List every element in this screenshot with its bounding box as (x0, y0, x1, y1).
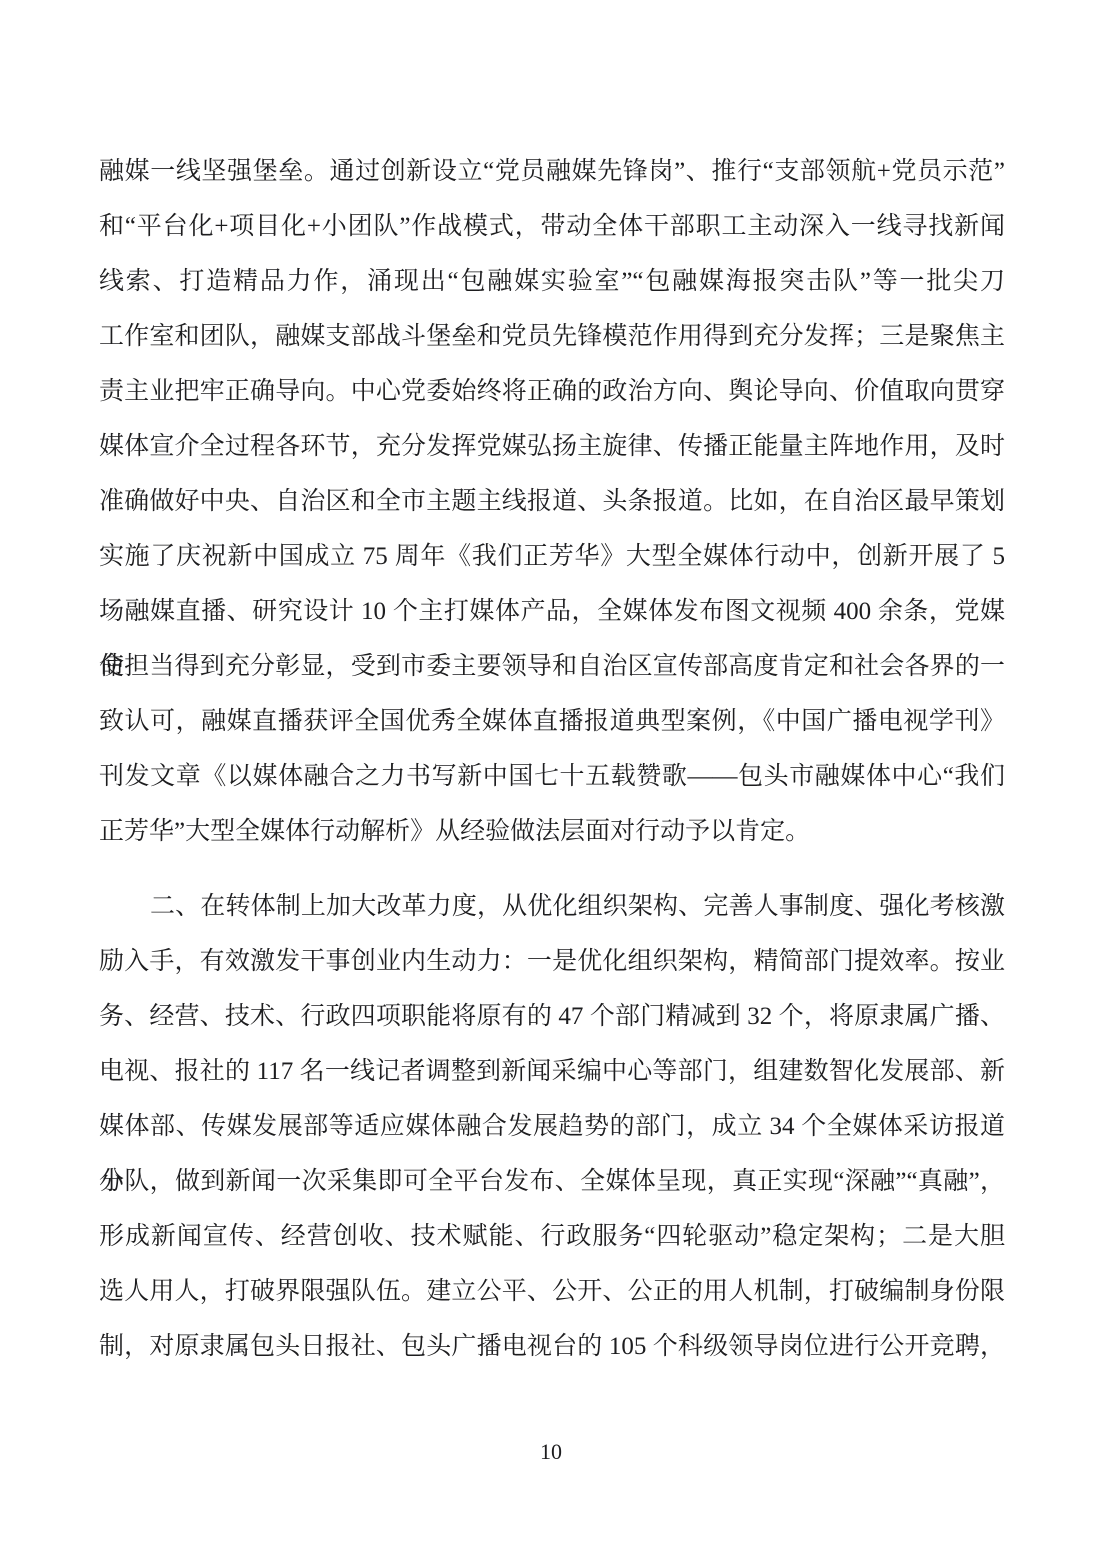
text-line: 正芳华”大型全媒体行动解析》从经验做法层面对行动予以肯定。 (99, 804, 1005, 859)
text-line: 准确做好中央、自治区和全市主题主线报道、头条报道。比如，在自治区最早策划 (99, 474, 1005, 529)
document-body: 融媒一线坚强堡垒。通过创新设立“党员融媒先锋岗”、推行“支部领航+党员示范” 和… (99, 144, 1005, 1374)
paragraph-1: 融媒一线坚强堡垒。通过创新设立“党员融媒先锋岗”、推行“支部领航+党员示范” 和… (99, 144, 1005, 859)
text-line: 融媒一线坚强堡垒。通过创新设立“党员融媒先锋岗”、推行“支部领航+党员示范” (99, 144, 1005, 199)
text-line: 命担当得到充分彰显，受到市委主要领导和自治区宣传部高度肯定和社会各界的一 (99, 639, 1005, 694)
text-line: 场融媒直播、研究设计 10 个主打媒体产品，全媒体发布图文视频 400 余条，党… (99, 584, 1005, 639)
text-line: 制，对原隶属包头日报社、包头广播电视台的 105 个科级领导岗位进行公开竞聘， (99, 1319, 1005, 1374)
text-line: 媒体宣介全过程各环节，充分发挥党媒弘扬主旋律、传播正能量主阵地作用，及时 (99, 419, 1005, 474)
text-line: 务、经营、技术、行政四项职能将原有的 47 个部门精减到 32 个，将原隶属广播… (99, 989, 1005, 1044)
text-line: 致认可，融媒直播获评全国优秀全媒体直播报道典型案例，《中国广播电视学刊》 (99, 694, 1005, 749)
text-line: 责主业把牢正确导向。中心党委始终将正确的政治方向、舆论导向、价值取向贯穿 (99, 364, 1005, 419)
text-line: 和“平台化+项目化+小团队”作战模式，带动全体干部职工主动深入一线寻找新闻 (99, 199, 1005, 254)
text-line: 媒体部、传媒发展部等适应媒体融合发展趋势的部门，成立 34 个全媒体采访报道小 (99, 1099, 1005, 1154)
page-number: 10 (0, 1436, 1102, 1468)
text-line: 刊发文章《以媒体融合之力书写新中国七十五载赞歌——包头市融媒体中心“我们 (99, 749, 1005, 804)
text-line: 工作室和团队，融媒支部战斗堡垒和党员先锋模范作用得到充分发挥；三是聚焦主 (99, 309, 1005, 364)
text-line: 线索、打造精品力作，涌现出“包融媒实验室”“包融媒海报突击队”等一批尖刀 (99, 254, 1005, 309)
text-line: 分队，做到新闻一次采集即可全平台发布、全媒体呈现，真正实现“深融”“真融”， (99, 1154, 1005, 1209)
document-page: 融媒一线坚强堡垒。通过创新设立“党员融媒先锋岗”、推行“支部领航+党员示范” 和… (0, 0, 1102, 1559)
text-line: 励入手，有效激发干事创业内生动力：一是优化组织架构，精简部门提效率。按业 (99, 934, 1005, 989)
text-line: 选人用人，打破界限强队伍。建立公平、公开、公正的用人机制，打破编制身份限 (99, 1264, 1005, 1319)
text-line: 二、在转体制上加大改革力度，从优化组织架构、完善人事制度、强化考核激 (99, 879, 1005, 934)
paragraph-2: 二、在转体制上加大改革力度，从优化组织架构、完善人事制度、强化考核激 励入手，有… (99, 879, 1005, 1374)
text-line: 电视、报社的 117 名一线记者调整到新闻采编中心等部门，组建数智化发展部、新 (99, 1044, 1005, 1099)
text-line: 形成新闻宣传、经营创收、技术赋能、行政服务“四轮驱动”稳定架构；二是大胆 (99, 1209, 1005, 1264)
text-line: 实施了庆祝新中国成立 75 周年《我们正芳华》大型全媒体行动中，创新开展了 5 (99, 529, 1005, 584)
